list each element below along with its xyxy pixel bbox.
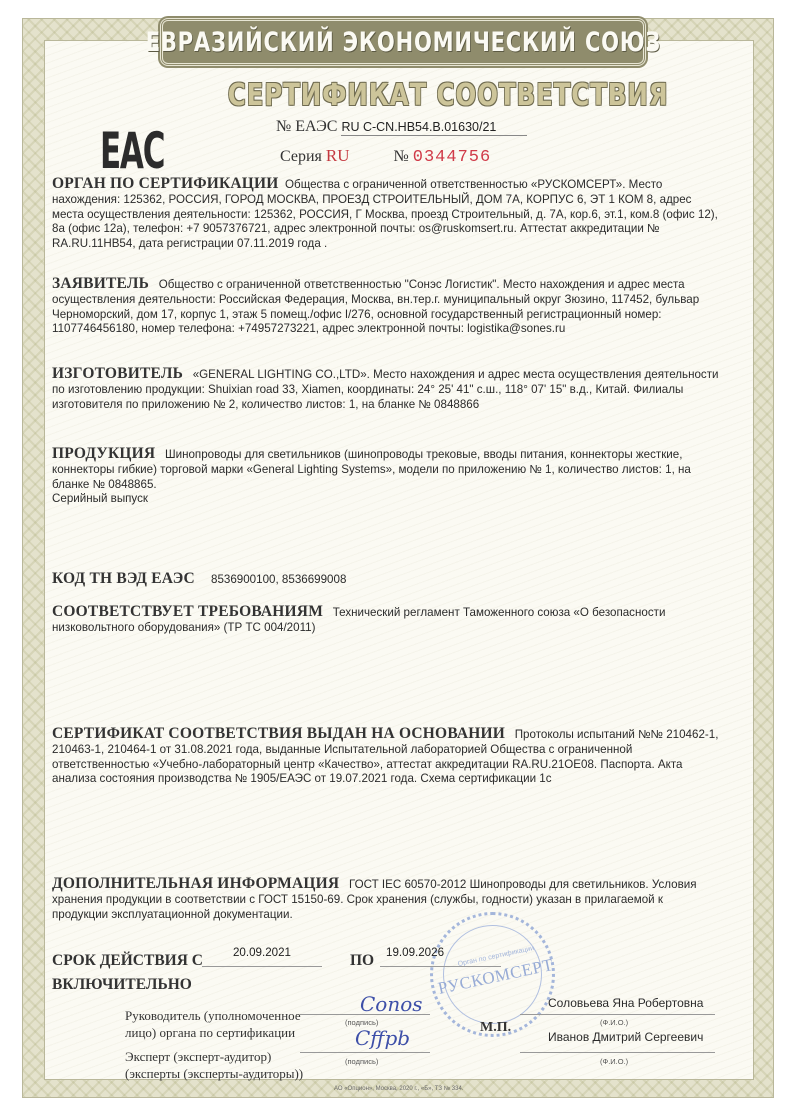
section-manufacturer: ИЗГОТОВИТЕЛЬ «GENERAL LIGHTING CO.,LTD».… — [52, 367, 722, 412]
series-line: Серия RU № 0344756 — [280, 146, 491, 167]
certificate-number: № ЕАЭС RU C-CN.HB54.B.01630/21 — [276, 118, 527, 136]
expert-label: Эксперт (эксперт-аудитор) (эксперты (экс… — [125, 1048, 303, 1082]
fio-caption: (Ф.И.О.) — [600, 1018, 628, 1027]
series-label: Серия — [280, 148, 322, 165]
validity-from-label: СРОК ДЕЙСТВИЯ С — [52, 952, 203, 970]
section-label: КОД ТН ВЭД ЕАЭС — [52, 570, 195, 587]
section-label: ОРГАН ПО СЕРТИФИКАЦИИ — [52, 175, 279, 192]
union-banner: ЕВРАЗИЙСКИЙ ЭКОНОМИЧЕСКИЙ СОЮЗ — [160, 18, 646, 66]
validity-to-label: ПО — [350, 952, 374, 970]
section-tn-ved-code: КОД ТН ВЭД ЕАЭС 8536900100, 8536699008 — [52, 572, 722, 588]
expert-name-line — [520, 1052, 715, 1053]
section-extra: Серийный выпуск — [52, 492, 722, 507]
validity-from-date: 20.09.2021 — [202, 946, 322, 967]
section-label: ПРОДУКЦИЯ — [52, 445, 155, 462]
section-applicant: ЗАЯВИТЕЛЬ Общество с ограниченной ответс… — [52, 277, 722, 337]
eac-logo-icon: ЕАС — [100, 122, 164, 180]
section-product: ПРОДУКЦИЯ Шинопроводы для светильников (… — [52, 447, 722, 507]
section-label: СЕРТИФИКАТ СООТВЕТСТВИЯ ВЫДАН НА ОСНОВАН… — [52, 725, 505, 742]
head-name-line — [520, 1014, 715, 1015]
series-value: RU — [326, 146, 350, 165]
expert-signature-line — [300, 1052, 430, 1053]
printer-imprint: АО «Опцион», Москва, 2020 г., «Б», ТЗ № … — [334, 1086, 463, 1092]
expert-name: Иванов Дмитрий Сергеевич — [548, 1030, 703, 1044]
head-name: Соловьева Яна Робертовна — [548, 996, 703, 1010]
expert-signature-icon: Cffpb — [355, 1026, 410, 1050]
fio-caption: (Ф.И.О.) — [600, 1057, 628, 1066]
section-text: 8536900100, 8536699008 — [211, 573, 346, 586]
section-text: Общество с ограниченной ответственностью… — [52, 278, 699, 335]
section-issued-basis: СЕРТИФИКАТ СООТВЕТСТВИЯ ВЫДАН НА ОСНОВАН… — [52, 727, 722, 787]
head-label: Руководитель (уполномоченное лицо) орган… — [125, 1007, 301, 1041]
union-title: ЕВРАЗИЙСКИЙ ЭКОНОМИЧЕСКИЙ СОЮЗ — [145, 27, 660, 58]
section-additional-info: ДОПОЛНИТЕЛЬНАЯ ИНФОРМАЦИЯ ГОСТ IEC 60570… — [52, 877, 722, 922]
certificate-number-label: № ЕАЭС — [276, 118, 337, 135]
section-label: ЗАЯВИТЕЛЬ — [52, 275, 149, 292]
validity-to-date: 19.09.2026 — [380, 946, 501, 967]
section-label: СООТВЕТСТВУЕТ ТРЕБОВАНИЯМ — [52, 603, 323, 620]
section-label: ИЗГОТОВИТЕЛЬ — [52, 365, 183, 382]
blank-number-label: № — [394, 148, 409, 165]
seal-stamp-icon: Орган по сертификации РУСКОМСЕРТ — [430, 912, 555, 1037]
section-requirements: СООТВЕТСТВУЕТ ТРЕБОВАНИЯМ Технический ре… — [52, 605, 722, 636]
seal-label: М.П. — [480, 1020, 511, 1036]
validity-inclusive-label: ВКЛЮЧИТЕЛЬНО — [52, 976, 192, 994]
blank-number-value: 0344756 — [413, 148, 491, 167]
certificate-number-value: RU C-CN.HB54.B.01630/21 — [341, 120, 527, 136]
signature-caption: (подпись) — [345, 1057, 378, 1066]
certificate-title: СЕРТИФИКАТ СООТВЕТСТВИЯ — [228, 78, 572, 113]
head-signature-icon: Conos — [360, 992, 423, 1016]
section-label: ДОПОЛНИТЕЛЬНАЯ ИНФОРМАЦИЯ — [52, 875, 339, 892]
section-certification-body: ОРГАН ПО СЕРТИФИКАЦИИ Общества с огранич… — [52, 177, 722, 252]
